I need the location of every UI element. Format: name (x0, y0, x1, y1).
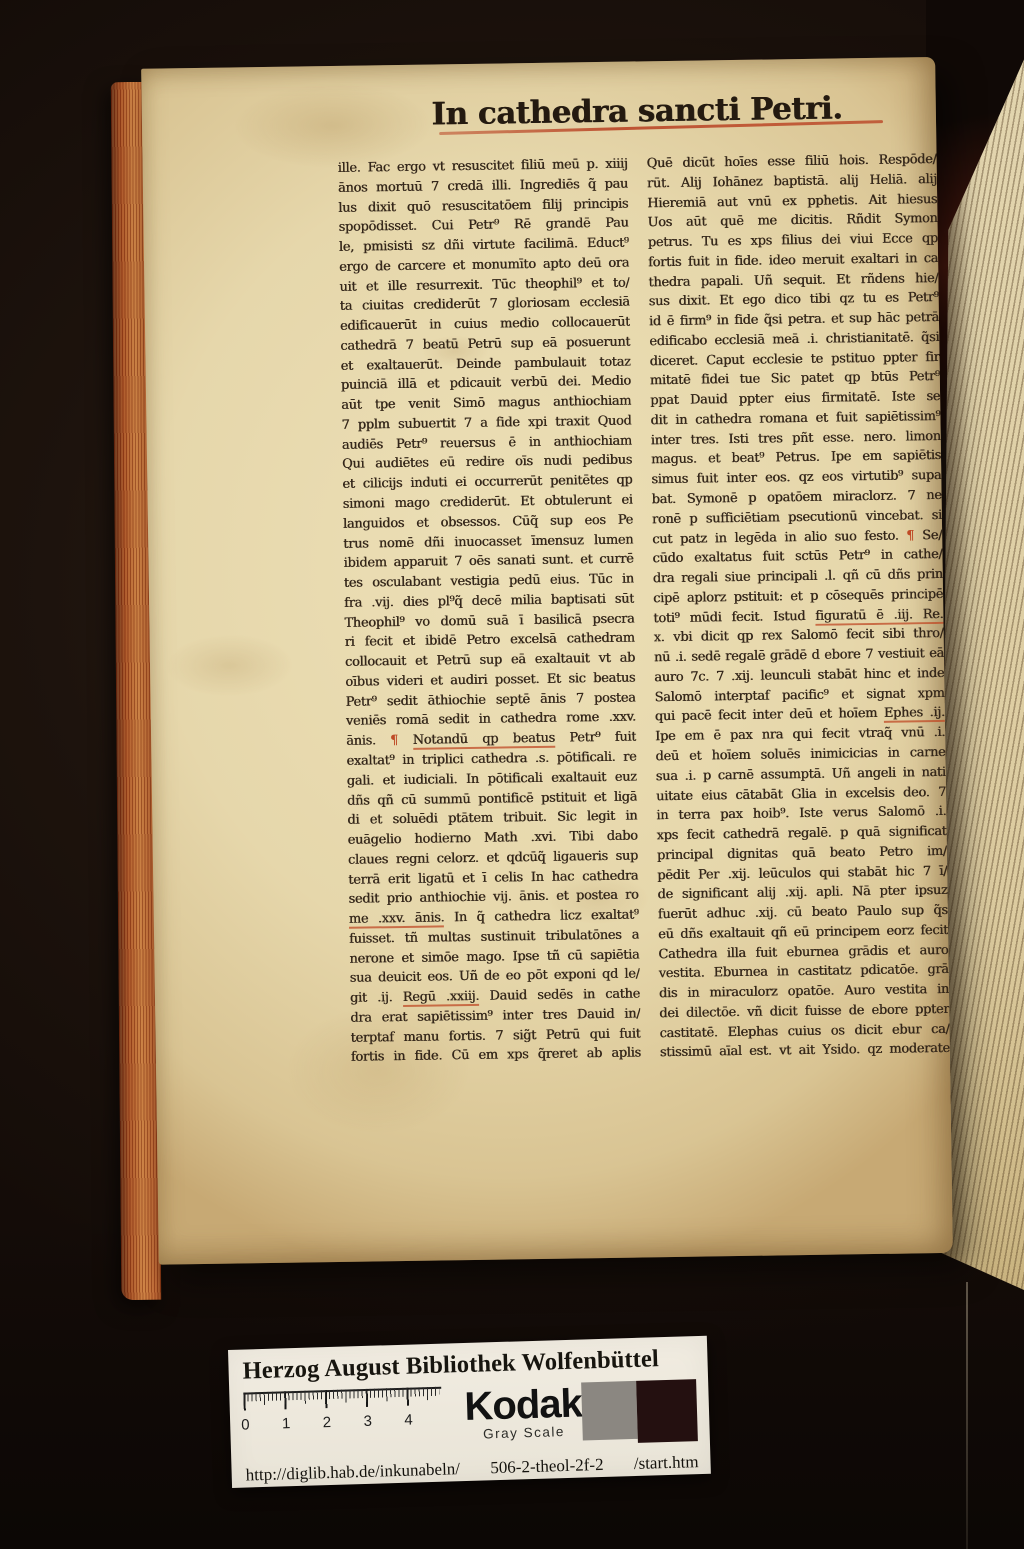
text-line: stissimū aīal est. vt ait Ysido. qz mode… (660, 1039, 950, 1063)
ruler-number: 1 (282, 1415, 291, 1432)
shelfmark: 506-2-theol-2f-2 (490, 1455, 604, 1478)
library-name: Herzog August Bibliothek Wolfenbüttel (242, 1344, 696, 1385)
gray-scale-label: Gray Scale (465, 1424, 583, 1442)
card-bottom-row: http://diglib.hab.de/inkunabeln/ 506-2-t… (245, 1452, 698, 1485)
ruler: 01234 (243, 1386, 453, 1452)
text-line: fortis in fide. Cū em xps q̃reret ab apl… (351, 1044, 641, 1068)
header-title: In cathedra sancti Petri. (337, 89, 937, 134)
start-file-label: /start.htm (634, 1452, 699, 1474)
bookmark-thread (966, 1282, 968, 1549)
calibration-card: Herzog August Bibliothek Wolfenbüttel 01… (228, 1336, 711, 1488)
dark-patch (636, 1379, 698, 1443)
digitization-url: http://diglib.hab.de/inkunabeln/ (245, 1459, 460, 1485)
scan-photo: In cathedra sancti Petri. ille. Fac ergo… (0, 0, 1024, 1549)
text-columns: ille. Fac ergo vt resuscitet filiū meū p… (338, 150, 951, 1068)
book-page: In cathedra sancti Petri. ille. Fac ergo… (141, 57, 953, 1265)
right-column: Quē dicūt hoīes esse filiū hois. Respōde… (646, 150, 949, 1063)
ruler-number: 0 (241, 1416, 250, 1433)
ruler-number: 2 (323, 1414, 332, 1431)
kodak-wordmark: Kodak (464, 1385, 582, 1426)
ruler-number: 4 (404, 1412, 413, 1429)
card-middle-row: 01234 Kodak Gray Scale (243, 1379, 698, 1456)
gray-patch (581, 1381, 638, 1441)
left-column: ille. Fac ergo vt resuscitet filiū meū p… (338, 155, 641, 1068)
gray-scale-patches (581, 1379, 698, 1444)
ruler-number: 3 (363, 1413, 372, 1430)
text-block: In cathedra sancti Petri. ille. Fac ergo… (337, 89, 951, 1068)
kodak-block: Kodak Gray Scale (464, 1385, 583, 1442)
